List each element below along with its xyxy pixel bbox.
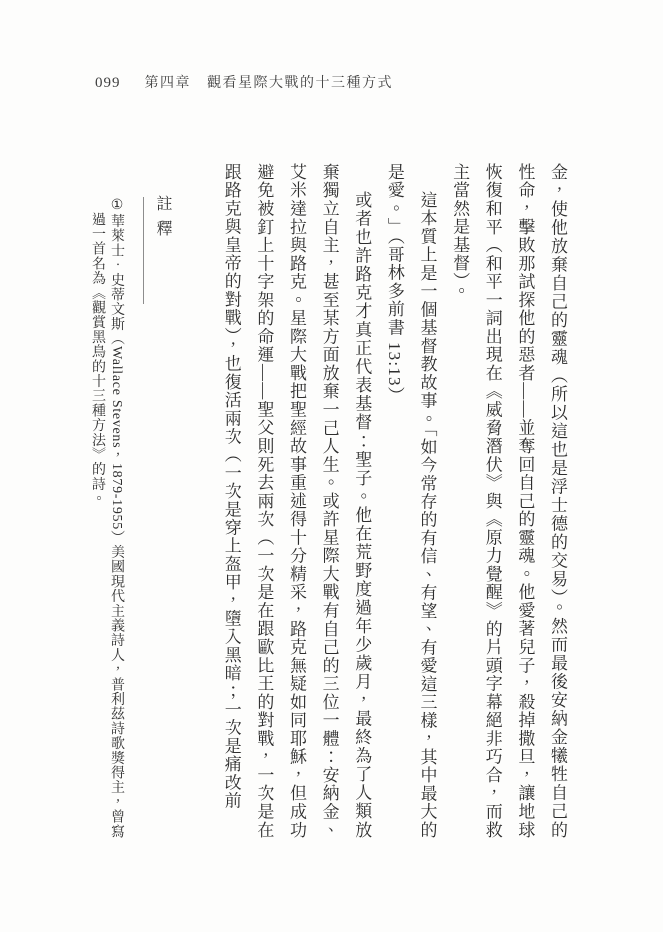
notes-divider bbox=[143, 197, 144, 304]
book-page: 099 第四章 觀看星際大戰的十三種方式 金，使他放棄自己的靈魂（所以這也是浮士… bbox=[0, 0, 663, 932]
body-paragraph: 金，使他放棄自己的靈魂（所以這也是浮士德的交易）。然而最後安納金犧牲自己的性命，… bbox=[443, 163, 574, 839]
notes-heading: 註釋 bbox=[151, 195, 174, 245]
body-paragraph: 或者也許路克才真正代表基督：聖子。他在荒野度過年少歲月，最終為了人類放棄獨立自主… bbox=[214, 163, 377, 839]
running-head: 099 第四章 觀看星際大戰的十三種方式 bbox=[95, 72, 393, 92]
chapter-title: 觀看星際大戰的十三種方式 bbox=[207, 72, 393, 92]
note-marker: ① bbox=[109, 197, 124, 214]
note-list: ①華萊士．史蒂文斯（Wallace Stevens，1879-1955）美國現代… bbox=[88, 197, 126, 847]
page-number: 099 bbox=[95, 75, 121, 92]
chapter-label: 第四章 bbox=[145, 72, 192, 92]
note-item: ①華萊士．史蒂文斯（Wallace Stevens，1879-1955）美國現代… bbox=[88, 197, 126, 847]
body-paragraph: 這本質上是一個基督教故事。「如今常存的有信、有望、有愛這三樣，其中最大的是愛。」… bbox=[377, 163, 442, 839]
note-text: 華萊士．史蒂文斯（Wallace Stevens，1879-1955）美國現代主… bbox=[90, 212, 124, 839]
body-text: 金，使他放棄自己的靈魂（所以這也是浮士德的交易）。然而最後安納金犧牲自己的性命，… bbox=[214, 163, 573, 839]
